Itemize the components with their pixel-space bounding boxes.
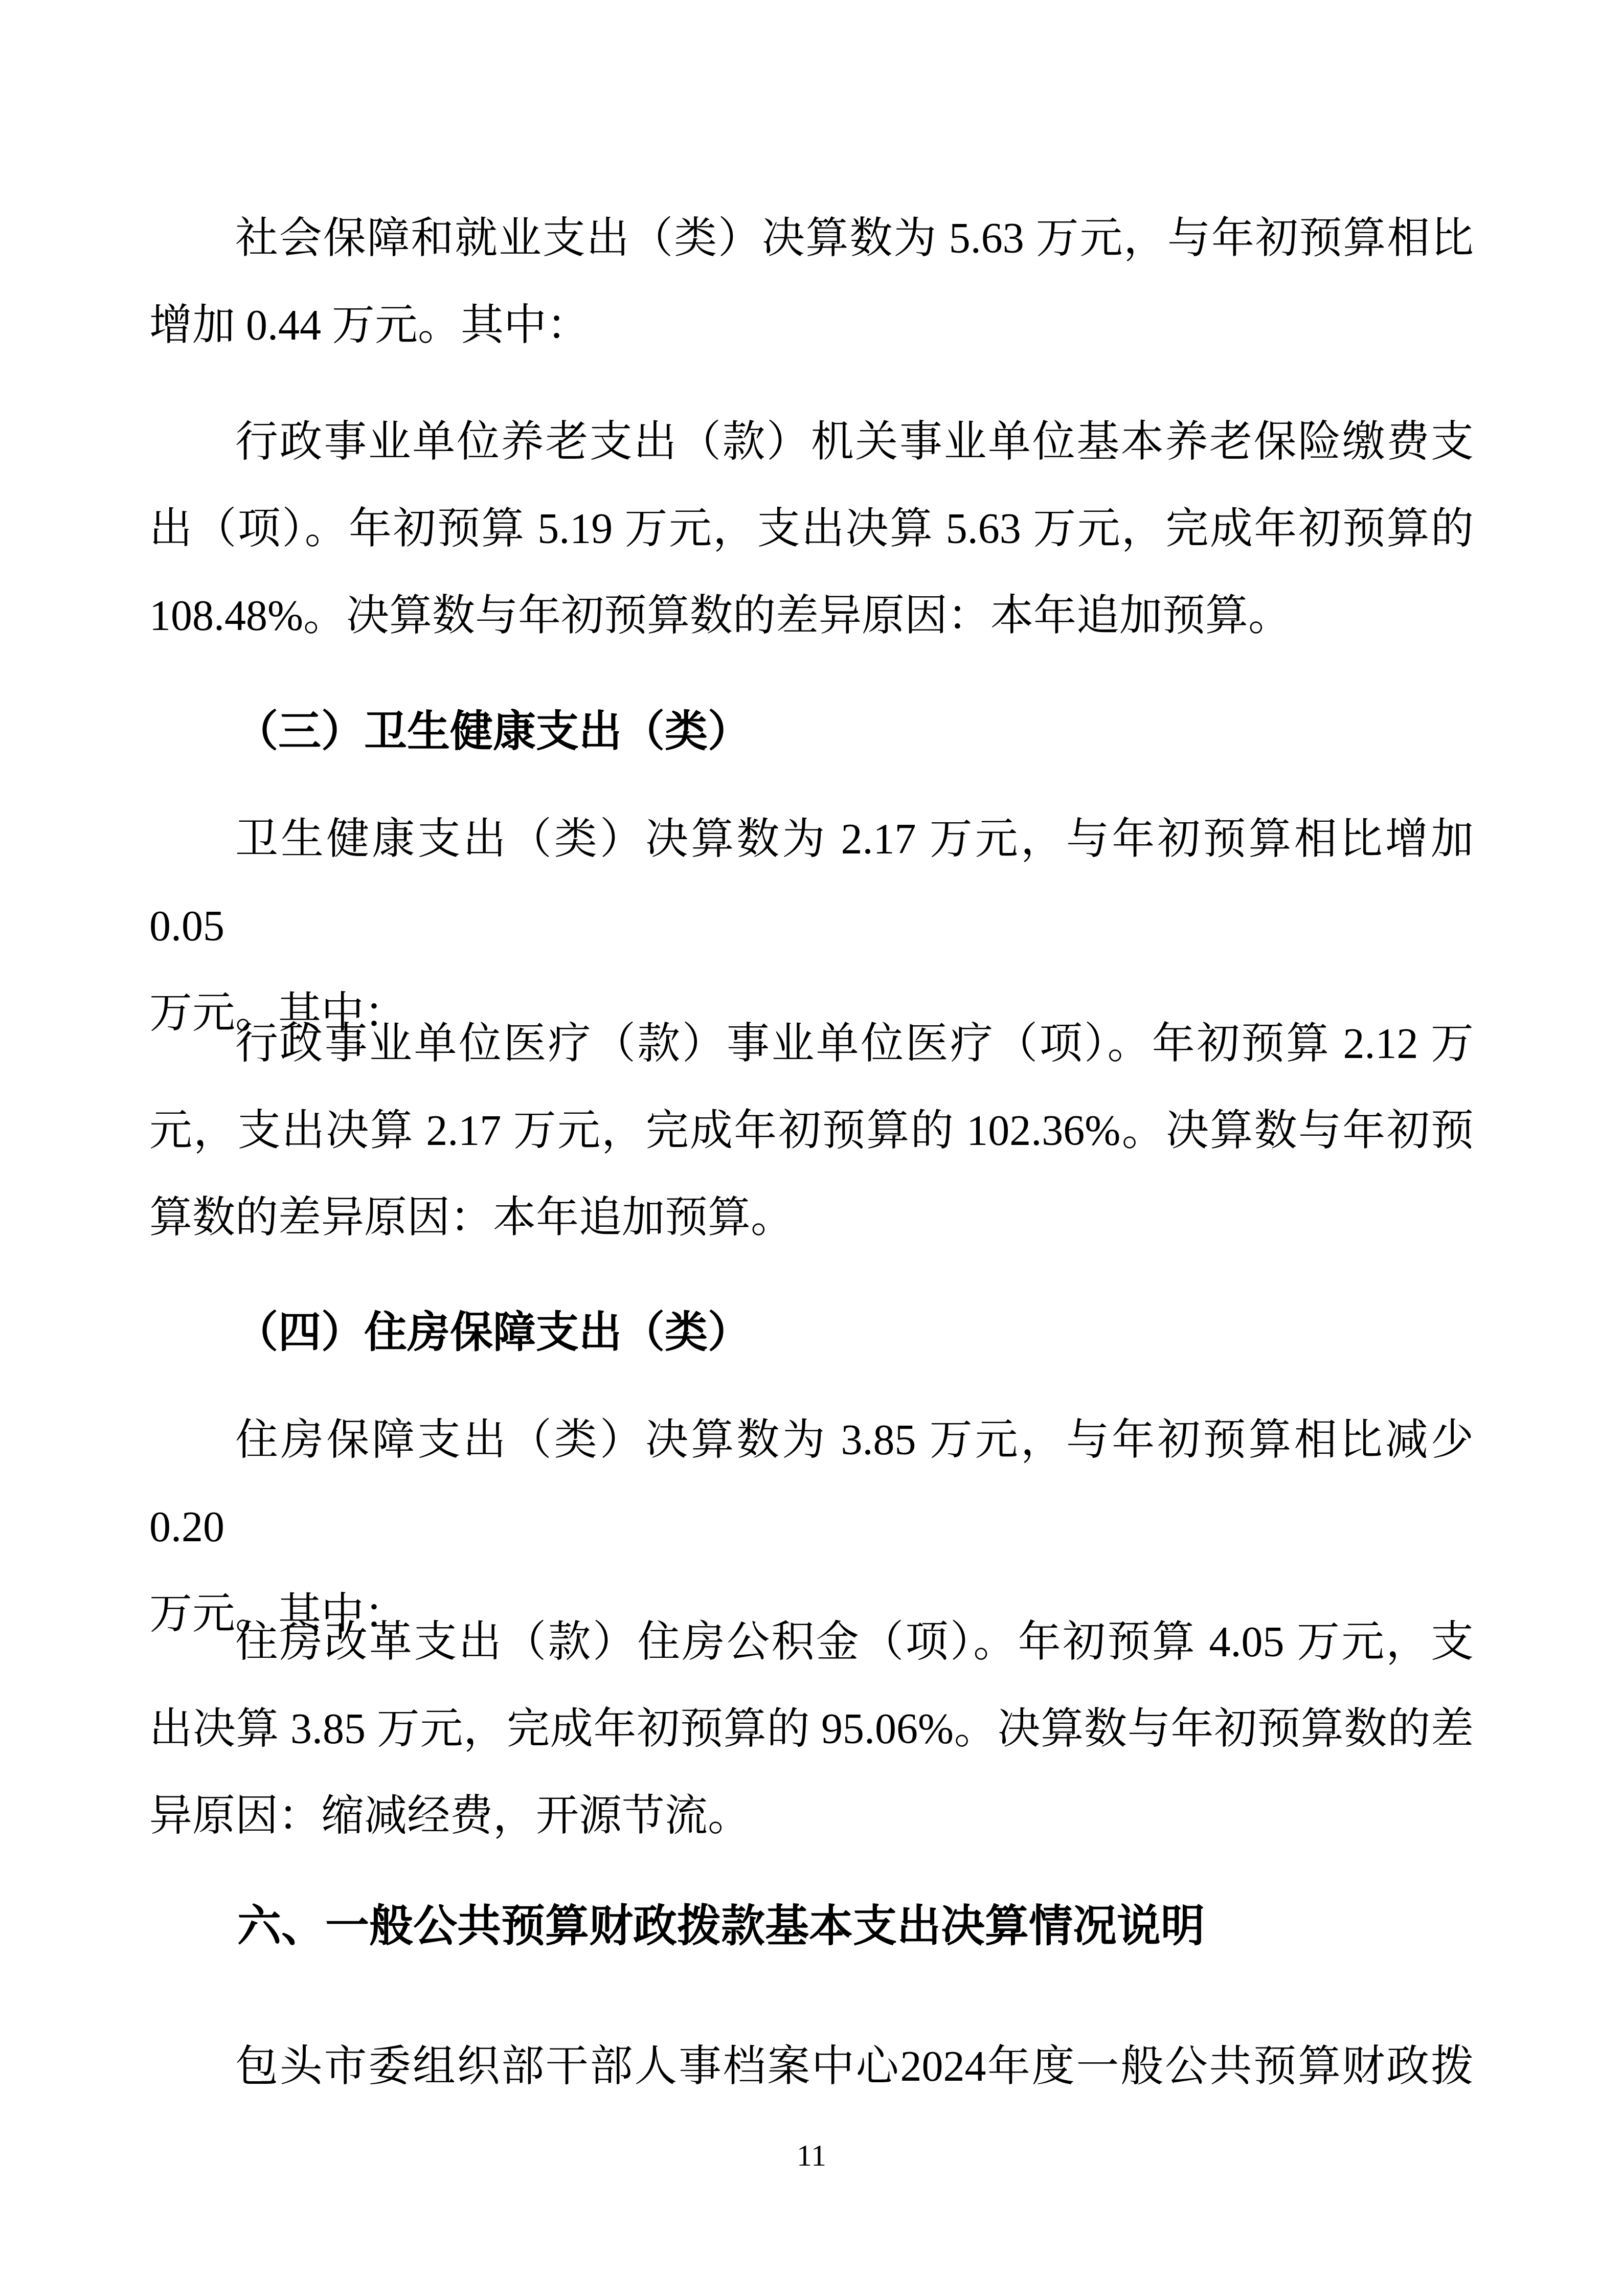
body-line: 异原因：缩减经费，开源节流。: [149, 1773, 1474, 1860]
body-line: 行政事业单位医疗（款）事业单位医疗（项）。年初预算 2.12 万: [149, 1001, 1474, 1088]
page-number: 11: [0, 2140, 1623, 2171]
paragraph: 行政事业单位养老支出（款）机关事业单位基本养老保险缴费支 出（项）。年初预算 5…: [149, 399, 1474, 660]
document-page: 社会保障和就业支出（类）决算数为 5.63 万元，与年初预算相比 增加 0.44…: [0, 0, 1623, 2296]
body-line: 元，支出决算 2.17 万元，完成年初预算的 102.36%。决算数与年初预: [149, 1088, 1474, 1175]
paragraph: 社会保障和就业支出（类）决算数为 5.63 万元，与年初预算相比 增加 0.44…: [149, 195, 1474, 369]
body-line: 出（项）。年初预算 5.19 万元，支出决算 5.63 万元，完成年初预算的: [149, 486, 1474, 573]
paragraph: 行政事业单位医疗（款）事业单位医疗（项）。年初预算 2.12 万 元，支出决算 …: [149, 1001, 1474, 1262]
section-heading-housing: （四）住房保障支出（类）: [149, 1290, 1474, 1377]
body-line: 卫生健康支出（类）决算数为 2.17 万元，与年初预算相比增加 0.05: [149, 796, 1474, 970]
section-heading-health: （三）卫生健康支出（类）: [149, 689, 1474, 776]
body-line: 住房改革支出（款）住房公积金（项）。年初预算 4.05 万元，支: [149, 1599, 1474, 1686]
body-line: 算数的差异原因：本年追加预算。: [149, 1175, 1474, 1262]
paragraph: 住房改革支出（款）住房公积金（项）。年初预算 4.05 万元，支 出决算 3.8…: [149, 1599, 1474, 1860]
body-line: 出决算 3.85 万元，完成年初预算的 95.06%。决算数与年初预算数的差: [149, 1686, 1474, 1773]
body-line: 社会保障和就业支出（类）决算数为 5.63 万元，与年初预算相比: [149, 195, 1474, 282]
paragraph: 包头市委组织部干部人事档案中心2024年度一般公共预算财政拨: [149, 2023, 1474, 2110]
body-line: 住房保障支出（类）决算数为 3.85 万元，与年初预算相比减少 0.20: [149, 1397, 1474, 1571]
body-line: 行政事业单位养老支出（款）机关事业单位基本养老保险缴费支: [149, 399, 1474, 486]
body-line: 包头市委组织部干部人事档案中心2024年度一般公共预算财政拨: [149, 2023, 1474, 2110]
body-line: 108.48%。决算数与年初预算数的差异原因：本年追加预算。: [149, 573, 1474, 660]
section-heading-basic-expenditure: 六、一般公共预算财政拨款基本支出决算情况说明: [149, 1883, 1474, 1970]
body-line: 增加 0.44 万元。其中：: [149, 282, 1474, 369]
